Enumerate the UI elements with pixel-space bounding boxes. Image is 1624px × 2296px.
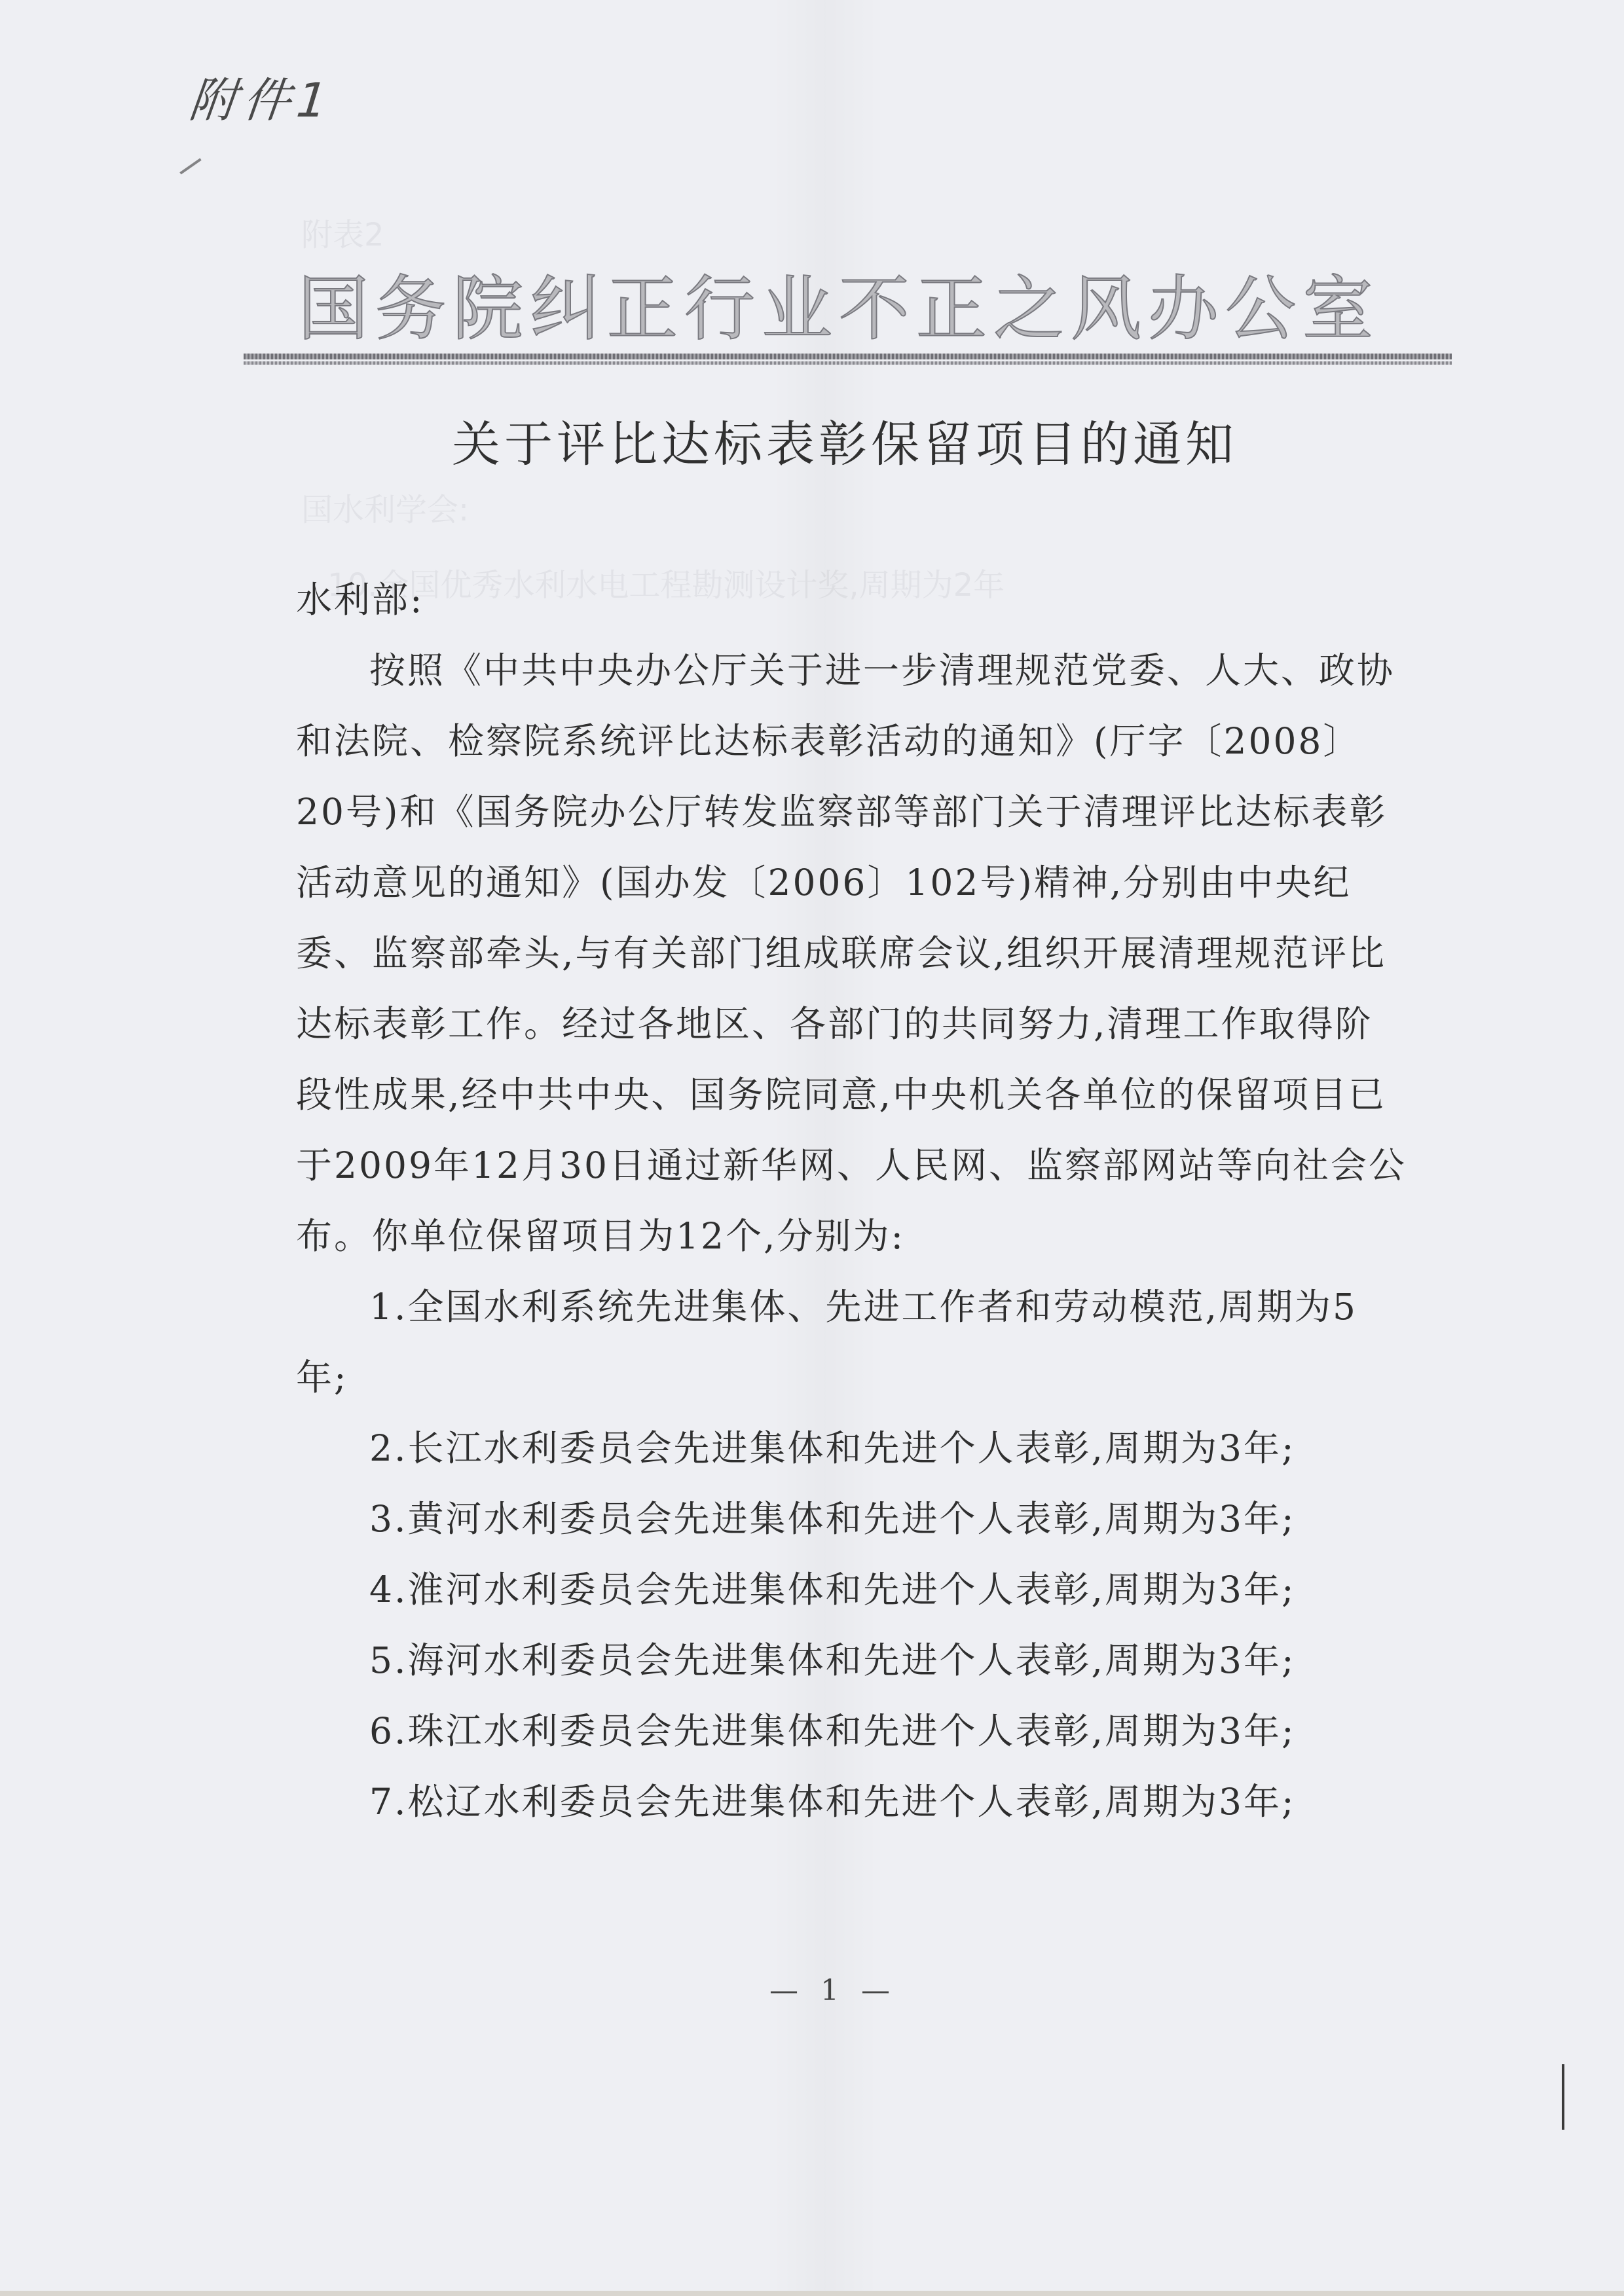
pen-mark (179, 158, 201, 174)
issuing-office-header: 国务院纠正行业不正之风办公室 (298, 252, 1378, 354)
list-item: 4.淮河水利委员会先进集体和先进个人表彰,周期为3年; (296, 1554, 1409, 1625)
list-item: 6.珠江水利委员会先进集体和先进个人表彰,周期为3年; (296, 1696, 1409, 1766)
list-item: 1.全国水利系统先进集体、先进工作者和劳动模范,周期为5年; (296, 1271, 1409, 1413)
show-through-label: 附表2 (301, 210, 384, 255)
page-number: — 1 — (769, 1974, 896, 2007)
scan-edge-mark (1562, 2064, 1564, 2130)
handwritten-attachment-label: 附件1 (187, 62, 338, 130)
list-item: 3.黄河水利委员会先进集体和先进个人表彰,周期为3年; (296, 1484, 1409, 1554)
list-item: 2.长江水利委员会先进集体和先进个人表彰,周期为3年; (296, 1413, 1409, 1484)
show-through-fragment: 国水利学会: (301, 484, 469, 530)
document-title: 关于评比达标表彰保留项目的通知 (262, 406, 1428, 475)
scan-bottom-edge (0, 2291, 1624, 2296)
document-body: 水利部: 按照《中共中央办公厅关于进一步清理规范党委、人大、政协和法院、检察院系… (296, 564, 1409, 1837)
header-divider (244, 354, 1452, 365)
list-item: 5.海河水利委员会先进集体和先进个人表彰,周期为3年; (296, 1625, 1409, 1696)
body-paragraph: 按照《中共中央办公厅关于进一步清理规范党委、人大、政协和法院、检察院系统评比达标… (296, 635, 1409, 1271)
list-item: 7.松辽水利委员会先进集体和先进个人表彰,周期为3年; (296, 1766, 1409, 1837)
addressee: 水利部: (296, 564, 1409, 635)
